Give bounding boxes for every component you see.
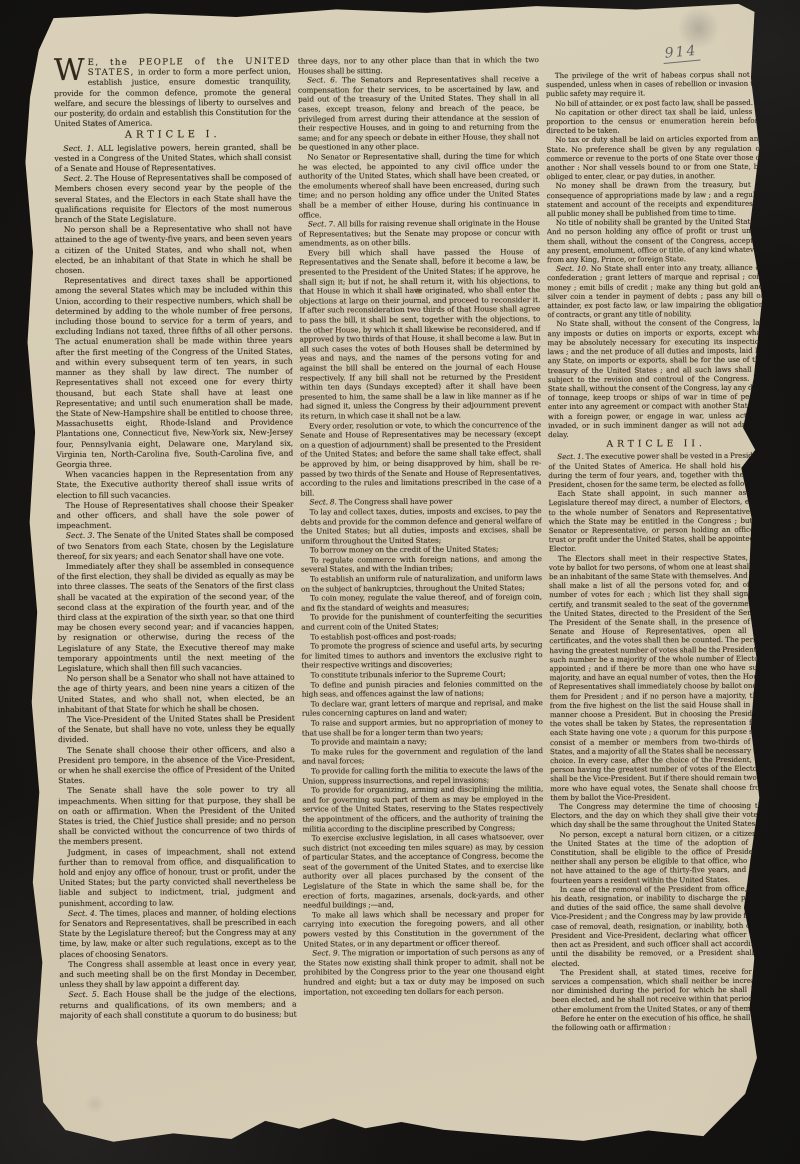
section-label: Sect. 1.	[63, 143, 97, 152]
section-paragraph: Sect. 1. ALL legislative powers, herein …	[54, 142, 291, 174]
text-column-left: WE, the PEOPLE of the UNITED STATES, in …	[54, 57, 297, 1020]
paragraph: No capitation or other direct tax shall …	[546, 107, 762, 136]
paragraph: The privilege of the writ of habeas corp…	[546, 70, 762, 99]
paragraph: No State shall, without the consent of t…	[547, 318, 764, 439]
section-label: Sect. 7.	[308, 219, 338, 228]
paragraph: three days, nor to any other place than …	[298, 55, 539, 76]
paragraph: The Electors shall meet in their respect…	[549, 552, 767, 802]
paragraph: No money shall be drawn from the treasur…	[547, 180, 763, 218]
paragraph: The House of Representatives shall choos…	[56, 499, 293, 531]
section-label: Sect. 9.	[312, 949, 342, 958]
paragraph: The Congress shall assemble at least onc…	[59, 959, 296, 991]
section-label: Sect. 3.	[66, 531, 97, 540]
page-number-handwritten: 914	[662, 43, 700, 64]
paragraph: To provide for the punishment of counter…	[301, 612, 542, 633]
text-column-center: three days, nor to any other place than …	[298, 55, 545, 1048]
section-label: Sect. 4.	[68, 909, 100, 918]
paragraph: To coin money, regulate the value thereo…	[301, 592, 542, 613]
paragraph: To make all laws which shall be necessar…	[303, 909, 544, 949]
section-paragraph: Sect. 9. The migration or importation of…	[303, 947, 544, 996]
paragraph: To provide for organizing, arming and di…	[302, 784, 543, 833]
section-label: Sect. 5.	[68, 990, 103, 999]
paragraph: Each State shall appoint, in such manner…	[548, 488, 764, 554]
paragraph: Every bill which shall have passed the H…	[299, 247, 541, 421]
document-page: WE, the PEOPLE of the UNITED STATES, in …	[0, 0, 800, 1164]
preamble-paragraph: WE, the PEOPLE of the UNITED STATES, in …	[54, 57, 291, 130]
paragraph: No title of nobility shall be granted by…	[547, 217, 763, 264]
paragraph: To declare war, grant letters of marque …	[302, 698, 543, 719]
paragraph: No person shall be a Representative who …	[55, 224, 292, 276]
section-label: Sect. 2.	[64, 174, 95, 183]
section-paragraph: Sect. 4. The times, places and manner, o…	[59, 908, 296, 960]
section-label: Sect. 8.	[309, 498, 338, 507]
paragraph: No person, except a natural born citizen…	[551, 828, 767, 885]
paragraph: No tax or duty shall be laid on articles…	[546, 134, 762, 181]
paragraph: The Vice-President of the United States …	[58, 714, 295, 746]
paragraph: Representatives and direct taxes shall b…	[55, 275, 293, 470]
opening-caps: E, the PEOPLE of the UNITED STATES,	[88, 57, 291, 78]
section-paragraph: Sect. 6. The Senators and Representative…	[298, 74, 539, 152]
paragraph: When vacancies happen in the Representat…	[56, 469, 293, 501]
section-paragraph: Sect. 1. The executive power shall be ve…	[548, 451, 764, 489]
paragraph: To promote the progress of science and u…	[301, 640, 542, 670]
section-label: Sect. 1.	[557, 452, 585, 461]
paragraph: The Senate shall choose their other offi…	[58, 744, 295, 786]
section-label: Sect. 6.	[307, 76, 342, 85]
paragraph: The Congress may determine the time of c…	[550, 801, 766, 830]
paragraph: To make rules for the government and reg…	[302, 746, 543, 767]
scan-background: WE, the PEOPLE of the UNITED STATES, in …	[0, 0, 800, 1164]
paragraph: No person shall be a Senator who shall n…	[58, 673, 295, 715]
paragraph: Immediately after they shall be assemble…	[57, 561, 295, 675]
section-paragraph: Sect. 2. The House of Representatives sh…	[55, 173, 292, 225]
text-column-right: The privilege of the writ of habeas corp…	[546, 70, 768, 1053]
paragraph: To provide for calling forth the militia…	[302, 765, 543, 786]
dropcap-letter: W	[54, 58, 88, 83]
section-paragraph: Sect. 3. The Senate of the United States…	[57, 530, 294, 562]
section-label: Sect. 10.	[556, 264, 591, 273]
paragraph: Before he enter on the execution of his …	[552, 1012, 768, 1032]
paragraph: To regulate commerce with foreign nation…	[301, 554, 542, 575]
paragraph: To define and punish piracies and feloni…	[302, 679, 543, 700]
paragraph: In case of the removal of the President …	[551, 884, 768, 968]
paragraph: Judgment, in cases of impeachment, shall…	[59, 846, 296, 909]
paragraph: To establish an uniform rule of naturali…	[301, 573, 542, 594]
section-paragraph: Sect. 5. Each House shall be the judge o…	[59, 989, 296, 1020]
section-paragraph: Sect. 7. All bills for raising revenue s…	[299, 218, 540, 248]
article-heading: ARTICLE I.	[54, 130, 291, 142]
paragraph: Every order, resolution or vote, to whic…	[300, 420, 541, 498]
paragraph: To exercise exclusive legislation, in al…	[303, 832, 544, 910]
paragraph: The Senate shall have the sole power to …	[58, 785, 295, 848]
section-paragraph: Sect. 10. No State shall enter into any …	[547, 263, 763, 320]
paragraph: To raise and support armies, but no appr…	[302, 717, 543, 738]
article-heading: ARTICLE II.	[548, 440, 764, 451]
paragraph: The President shall, at stated times, re…	[551, 966, 767, 1013]
paragraph: To lay and collect taxes, duties, impost…	[301, 506, 542, 546]
paragraph: No Senator or Representative shall, duri…	[298, 151, 539, 220]
